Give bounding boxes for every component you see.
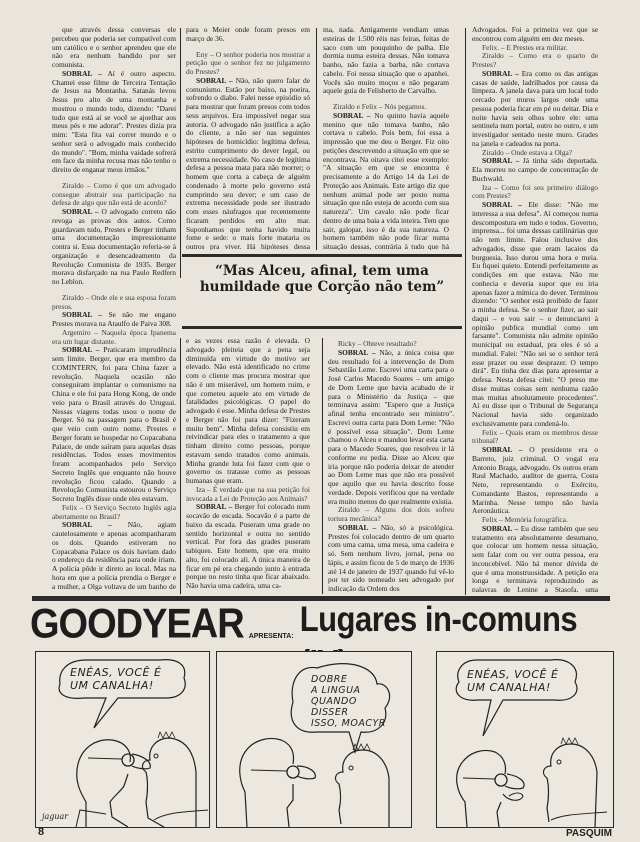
artist-signature: jaguar xyxy=(42,812,68,821)
pull-quote-line-1: “Mas Alceu, afinal, tem uma xyxy=(182,263,462,279)
paragraph-text: Praticaram imprudência sem limite. Berge… xyxy=(52,345,176,503)
paragraph-text: No quinto havia aquele menino que não to… xyxy=(323,111,449,250)
speaker-name: Eny – xyxy=(196,50,214,59)
paragraph-text: Advogados. Foi a primeira vez que se enc… xyxy=(472,26,598,43)
article-paragraph: Ziraldo – Como é que um advogado consegu… xyxy=(52,182,176,208)
speaker-name: SOBRAL – xyxy=(196,502,232,511)
article-paragraph: SOBRAL – Não, só a psicológica. Prestes … xyxy=(328,524,454,592)
paragraph-text: Aí é outro aspecto. Chamei esse filme de… xyxy=(52,69,176,174)
article-paragraph: ma, nada. Antigamente vendiam umas estei… xyxy=(323,26,449,96)
article-paragraph: SOBRAL – Aí é outro aspecto. Chamei esse… xyxy=(52,70,176,175)
article-paragraph: Ziraldo – Onde ele e sua esposa foram pr… xyxy=(52,294,176,312)
article-paragraph: SOBRAL – No quinto havia aquele menino q… xyxy=(323,112,449,250)
article-paragraph: Iza – É verdade que na sua petição foi i… xyxy=(186,486,310,504)
comic-panel-1: ENÉAS, VOCÊ É UM CANALHA! jaguar xyxy=(35,651,210,828)
article-paragraph: SOBRAL – Eu disse também que seu tratame… xyxy=(472,525,598,592)
article-paragraph: SOBRAL – Não, não quero falar de comunis… xyxy=(186,77,310,250)
paragraph-text: ma, nada. Antigamente vendiam umas estei… xyxy=(323,26,449,95)
column-rule xyxy=(316,28,317,250)
comic-panel-3: ENÉAS, VOCÊ É UM CANALHA! xyxy=(436,651,614,828)
column-rule xyxy=(465,28,466,595)
article-paragraph: SOBRAL – O presidente era o Barreto, jui… xyxy=(472,446,598,516)
speaker-name: SOBRAL – xyxy=(62,207,99,216)
speaker-name: Ziraldo – xyxy=(338,505,369,514)
speaker-name: Iza – xyxy=(196,485,211,494)
article-column-3-top: ma, nada. Antigamente vendiam umas estei… xyxy=(323,26,449,250)
article-paragraph: Eny – O senhor poderia nos mostrar a pet… xyxy=(186,51,310,77)
article-paragraph: Ziraldo – Alguns dos dois sofreu tortura… xyxy=(328,506,454,524)
article-paragraph: SOBRAL – Não, a única coisa que deu resu… xyxy=(328,349,454,507)
article-column-1: que através dessa conversas ele percebeu… xyxy=(52,26,176,592)
speaker-name: SOBRAL – xyxy=(338,348,376,357)
speaker-name: SOBRAL – xyxy=(482,69,519,78)
speaker-name: Felix – xyxy=(482,428,503,437)
publication-name: PASQUIM xyxy=(566,828,612,839)
speaker-name: Ziraldo – xyxy=(62,181,91,190)
article-column-2-top: para o Meier onde foram presos em março … xyxy=(186,26,310,250)
speaker-name: Iza – xyxy=(482,183,498,192)
article-paragraph: Iza – Como foi seu primeiro diálogo com … xyxy=(472,184,598,202)
paragraph-text: O advogado correto não revoga as provas … xyxy=(52,207,176,286)
speaker-name: Felix – xyxy=(62,503,83,512)
paragraph-text: Era como os das antigas casas de saúde, … xyxy=(472,69,598,148)
article-paragraph: Ziraldo – Como era o quarto de Prestes? xyxy=(472,52,598,70)
paragraph-text: que através dessa conversas ele percebeu… xyxy=(52,26,176,69)
paragraph-text: Não, agiam cautelosamente e apenas acomp… xyxy=(52,520,176,592)
speaker-name: Felix – xyxy=(482,515,503,524)
speaker-name: Ziraldo – xyxy=(482,148,509,157)
paragraph-text: Eu disse também que seu tratamento era a… xyxy=(472,524,598,592)
speaker-name: SOBRAL – xyxy=(338,523,376,532)
brand-logo: GOODYEAR xyxy=(30,603,244,645)
article-paragraph: SOBRAL – Praticaram imprudência sem limi… xyxy=(52,346,176,504)
paragraph-text: e as vezes essa razão é elevada. O advog… xyxy=(186,337,310,485)
speaker-name: SOBRAL – xyxy=(62,310,102,319)
speaker-name: Ziraldo e Felix – xyxy=(333,102,382,111)
speaker-name: Ziraldo – xyxy=(482,51,513,60)
comic-panel-2: DOBRE A LINGUA QUANDO DISSER ISSO, MOACY… xyxy=(216,651,412,828)
speaker-name: SOBRAL – xyxy=(62,69,102,78)
article-paragraph: Advogados. Foi a primeira vez que se enc… xyxy=(472,26,598,44)
article-paragraph: SOBRAL – Era como os das antigas casas d… xyxy=(472,70,598,149)
speaker-name: SOBRAL – xyxy=(482,445,522,454)
paragraph-text: Não, só a psicológica. Prestes foi coloc… xyxy=(328,523,454,592)
article-paragraph: que através dessa conversas ele percebeu… xyxy=(52,26,176,70)
column-rule xyxy=(180,28,181,278)
article-paragraph: e as vezes essa razão é elevada. O advog… xyxy=(186,337,310,486)
newspaper-page: que através dessa conversas ele percebeu… xyxy=(0,0,640,842)
pull-quote-line-2: humildade que Corção não tem” xyxy=(182,279,462,295)
speaker-name: Ziraldo – xyxy=(62,293,89,302)
speaker-name: SOBRAL – xyxy=(196,76,233,85)
paragraph-text: Berger foi colocado num socavão de escad… xyxy=(186,502,310,590)
article-paragraph: SOBRAL – Não, agiam cautelosamente e ape… xyxy=(52,521,176,592)
paragraph-text: Não, a única coisa que deu resultado foi… xyxy=(328,348,454,506)
speaker-name: SOBRAL – xyxy=(482,524,518,533)
speaker-name: Felix. – xyxy=(482,43,505,52)
presents-label: APRESENTA: xyxy=(249,633,294,640)
speech-bubble-text: ENÉAS, VOCÊ É UM CANALHA! xyxy=(467,668,558,694)
article-column-4: Advogados. Foi a primeira vez que se enc… xyxy=(472,26,598,592)
article-paragraph: SOBRAL – O advogado correto não revoga a… xyxy=(52,208,176,287)
speaker-name: SOBRAL – xyxy=(62,520,112,529)
paragraph-text: O presidente era o Barreto, juiz crimina… xyxy=(472,445,598,515)
speech-bubble-text: ENÉAS, VOCÊ É UM CANALHA! xyxy=(70,666,161,692)
article-paragraph: SOBRAL – Se não me engano Prestes morava… xyxy=(52,311,176,329)
pull-quote-top-bar xyxy=(182,254,462,257)
speech-bubble-text: DOBRE A LINGUA QUANDO DISSER ISSO, MOACY… xyxy=(311,674,386,729)
column-rule xyxy=(180,338,181,594)
paragraph-text: Onde estava a Olga? xyxy=(511,148,572,157)
article-paragraph: Felix – O Serviço Secreto Inglês agia ab… xyxy=(52,504,176,522)
speaker-name: Argemiro – xyxy=(62,328,98,337)
article-paragraph: Argemiro – Naquela época Ipanema era um … xyxy=(52,329,176,347)
article-paragraph: SOBRAL – Já tinha sido deportada. Ela mo… xyxy=(472,157,598,183)
speaker-name: SOBRAL – xyxy=(333,111,371,120)
page-number: 8 xyxy=(38,826,44,838)
paragraph-text: Não, não quero falar de comunismo. Estão… xyxy=(186,76,310,250)
speaker-name: SOBRAL – xyxy=(482,156,519,165)
speaker-name: SOBRAL – xyxy=(62,345,99,354)
article-paragraph: Felix – Quais eram os membros desse trib… xyxy=(472,429,598,447)
comic-banner: GOODYEAR APRESENTA: Lugares in-comuns (I… xyxy=(30,607,630,645)
paragraph-text: E Prestes era militar. xyxy=(506,43,567,52)
paragraph-text: Nós pegamos. xyxy=(384,102,426,111)
paragraph-text: Ele disse: "Não me interessa a sua defes… xyxy=(472,200,598,428)
article-column-2-bottom: e as vezes essa razão é elevada. O advog… xyxy=(186,337,310,592)
article-paragraph: SOBRAL – Berger foi colocado num socavão… xyxy=(186,503,310,591)
article-paragraph: SOBRAL – Ele disse: "Não me interessa a … xyxy=(472,201,598,429)
paragraph-text: Memória fotográfica. xyxy=(505,515,568,524)
paragraph-text: para o Meier onde foram presos em março … xyxy=(186,26,310,43)
pull-quote-bottom-bar xyxy=(182,326,462,329)
column-rule xyxy=(322,338,323,594)
article-column-3-bottom: Ricky – Obteve resultado?SOBRAL – Não, a… xyxy=(328,340,454,592)
pull-quote: “Mas Alceu, afinal, tem uma humildade qu… xyxy=(182,263,462,295)
article-paragraph: para o Meier onde foram presos em março … xyxy=(186,26,310,44)
speaker-name: SOBRAL – xyxy=(482,200,522,209)
